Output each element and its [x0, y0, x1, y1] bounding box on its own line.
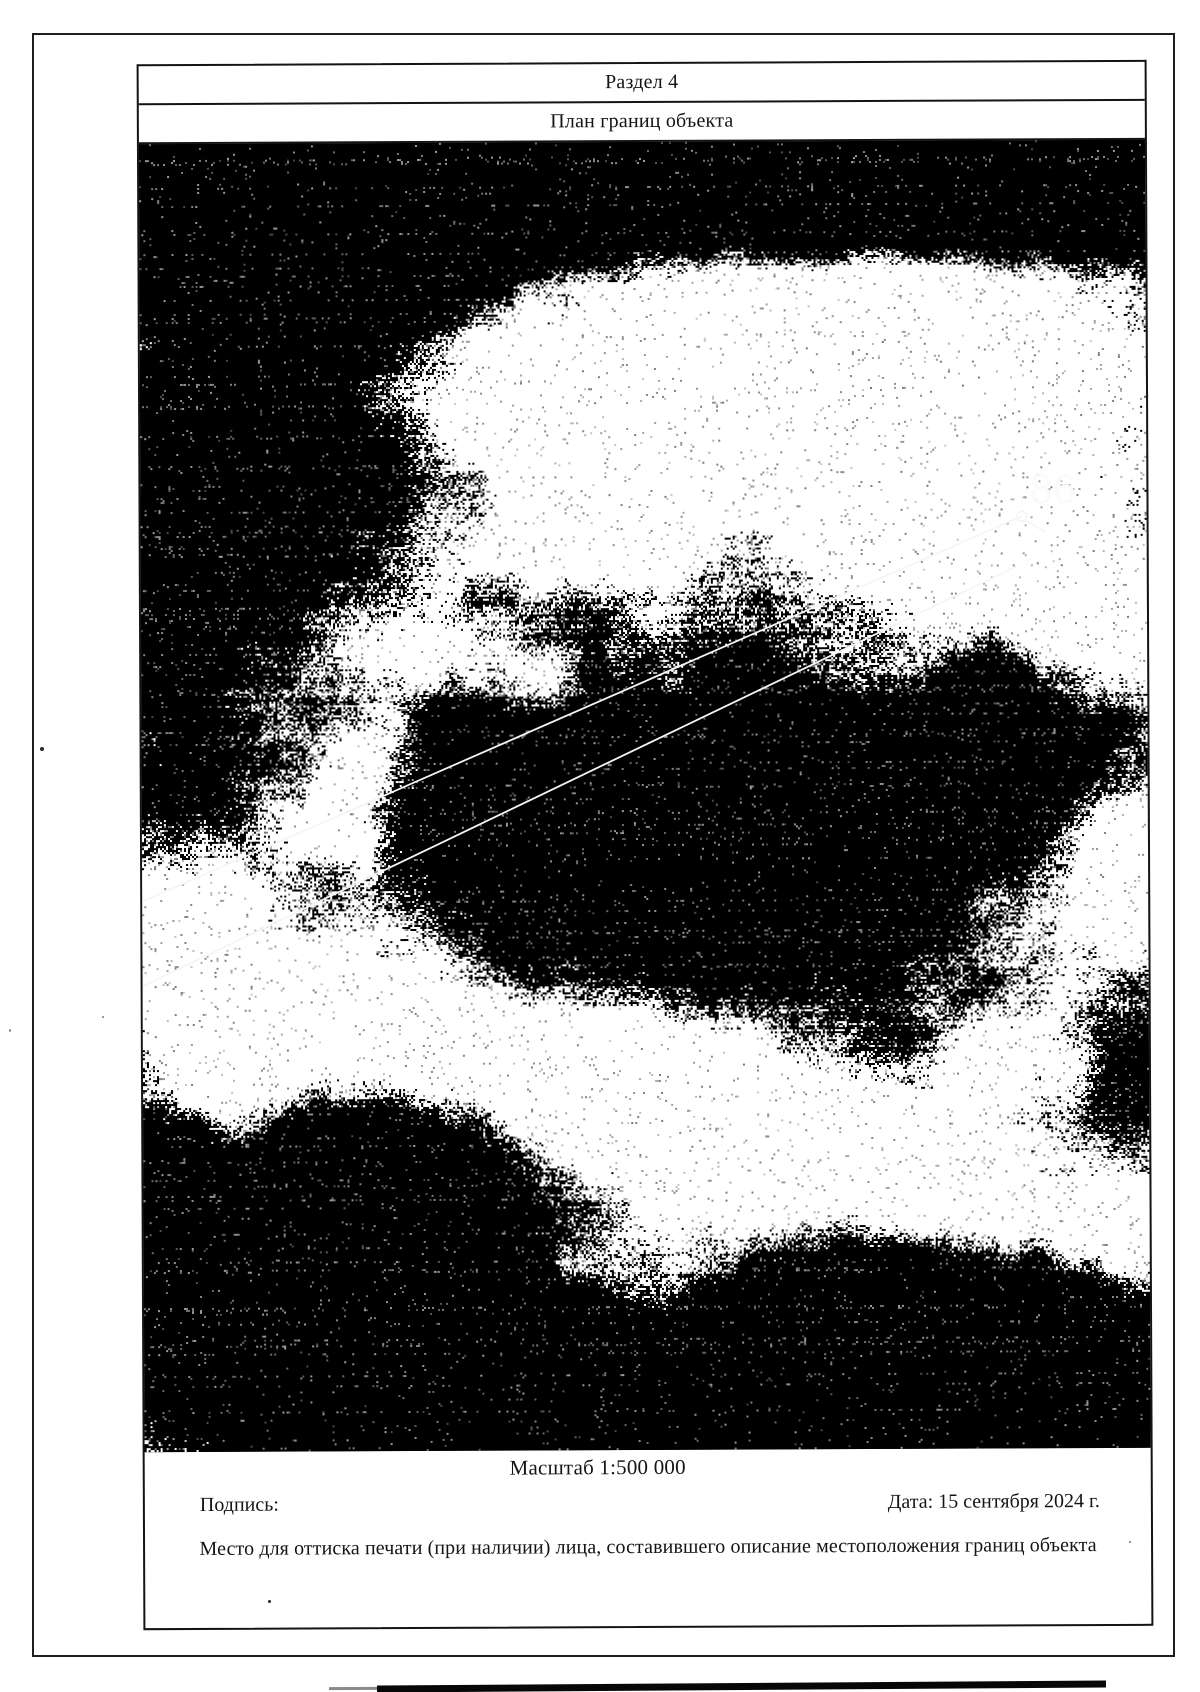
plan-title-row: План границ объекта [139, 101, 1145, 144]
boundary-point-marker [1017, 511, 1027, 521]
scan-speck [102, 1016, 104, 1018]
boundary-line [139, 516, 1023, 904]
section-title-row: Раздел 4 [139, 62, 1145, 105]
scan-artifact-bar [377, 1680, 1106, 1692]
scan-speck [40, 747, 44, 751]
scan-artifact-bar-lead [329, 1687, 377, 1690]
boundary-plan-map: 86 [139, 140, 1151, 1452]
document-table: Раздел 4 План границ объекта 86 Масштаб … [137, 60, 1154, 1630]
map-scale-label: Масштаб 1:500 000 [510, 1454, 686, 1480]
boundary-point-label: 86 [1029, 465, 1076, 512]
scan-speck [9, 1029, 11, 1032]
map-scale-row: Масштаб 1:500 000 [145, 1448, 1151, 1486]
signature-date-row: Подпись: Дата: 15 сентября 2024 г. [145, 1482, 1151, 1528]
scan-speck [1004, 1397, 1006, 1399]
boundary-line [139, 566, 1019, 989]
boundary-line [1025, 519, 1046, 532]
scan-speck [1129, 1541, 1131, 1543]
scan-speck [268, 1600, 271, 1603]
scanned-document-page: { "page": { "section_title": "Раздел 4",… [0, 0, 1200, 1692]
boundary-overlay: 86 [139, 140, 1151, 1452]
signature-label: Подпись: [200, 1494, 279, 1517]
plan-title: План границ объекта [550, 110, 733, 134]
seal-note: Место для оттиска печати (при наличии) л… [145, 1534, 1151, 1561]
section-title: Раздел 4 [605, 71, 678, 94]
date-label: Дата: 15 сентября 2024 г. [888, 1490, 1100, 1514]
